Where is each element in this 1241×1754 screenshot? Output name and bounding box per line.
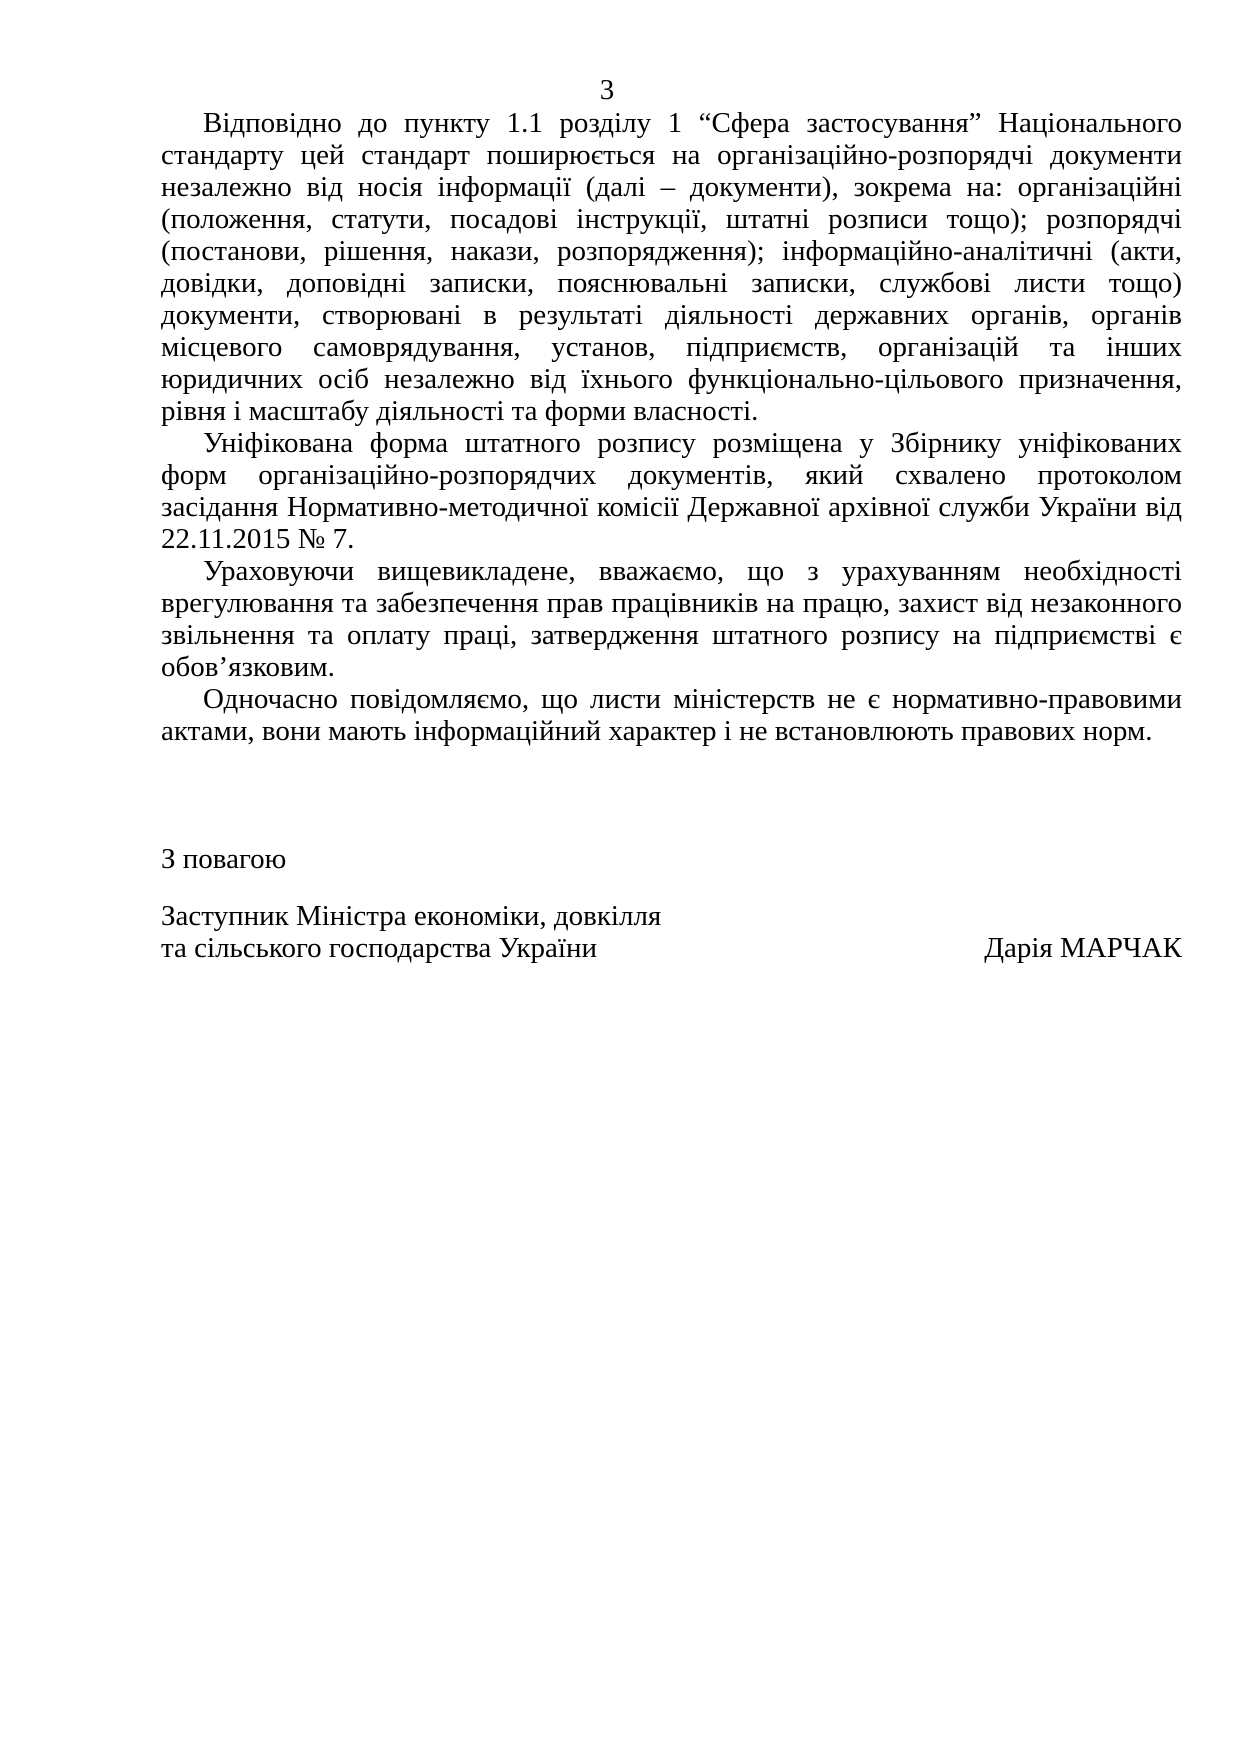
signer-position: Заступник Міністра економіки, довкілля т… [161,900,661,964]
signature-block: Заступник Міністра економіки, довкілля т… [161,900,1182,964]
paragraph-scope-of-standard: Відповідно до пункту 1.1 розділу 1 “Сфер… [161,107,1182,427]
signer-position-line2: та сільського господарства України [161,932,661,964]
signer-position-line1: Заступник Міністра економіки, довкілля [161,900,661,932]
paragraph-unified-form: Уніфікована форма штатного розпису розмі… [161,427,1182,555]
signer-name: Дарія МАРЧАК [984,932,1182,964]
page-number: 3 [0,74,1214,106]
paragraph-conclusion: Ураховуючи вищевикладене, вважаємо, що з… [161,555,1182,683]
paragraph-ministry-letters: Одночасно повідомляємо, що листи міністе… [161,683,1182,747]
closing-salutation: З повагою [161,843,286,875]
document-body: Відповідно до пункту 1.1 розділу 1 “Сфер… [161,107,1182,747]
document-page: 3 Відповідно до пункту 1.1 розділу 1 “Сф… [0,0,1241,1754]
